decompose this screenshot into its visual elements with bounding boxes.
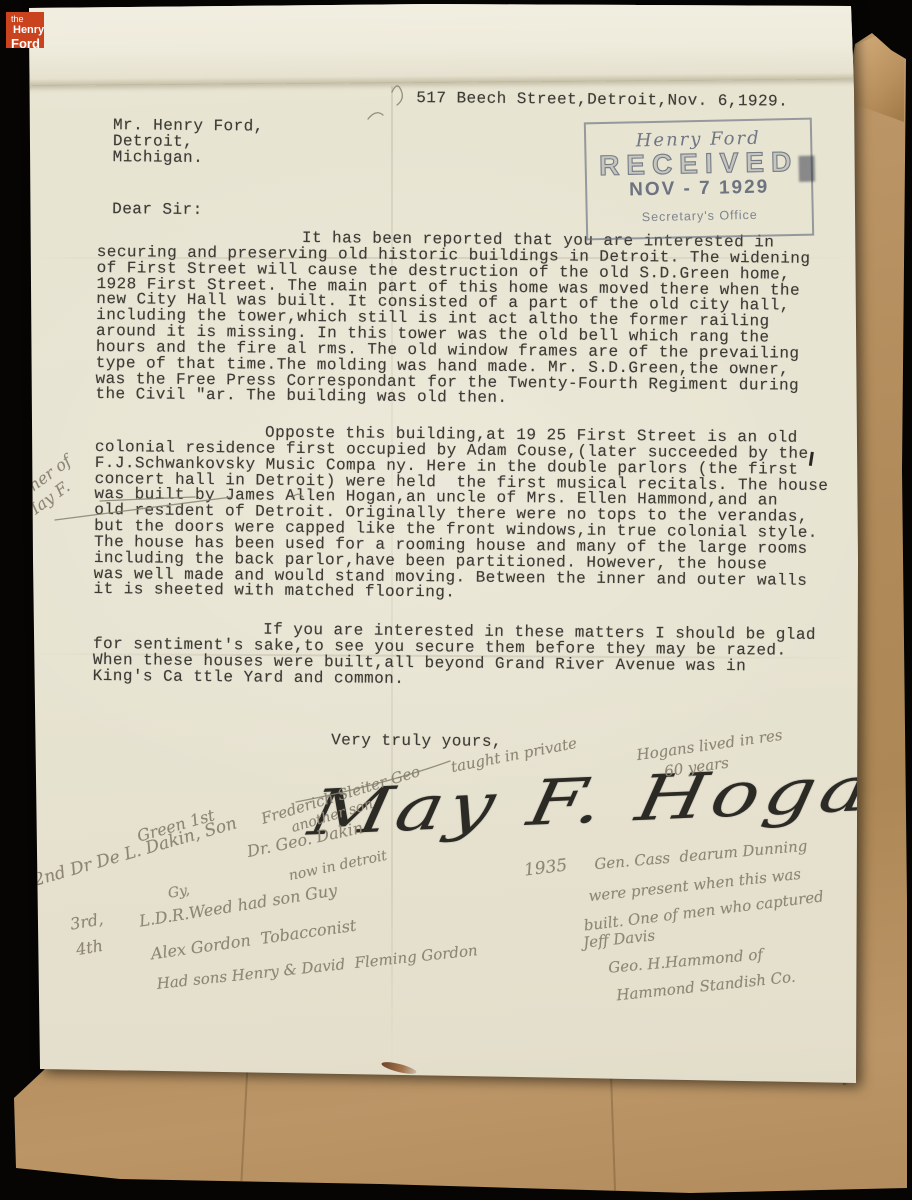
archival-photo: 517 Beech Street,Detroit,Nov. 6,1929. Mr… <box>0 0 912 1200</box>
letter-dateline: 517 Beech Street,Detroit,Nov. 6,1929. <box>416 91 788 110</box>
paragraph-1: It has been reported that you are intere… <box>95 229 877 411</box>
letter-paper-wrap: 517 Beech Street,Detroit,Nov. 6,1929. Mr… <box>0 0 912 1200</box>
letter-paper: 517 Beech Street,Detroit,Nov. 6,1929. Mr… <box>0 0 912 1200</box>
logo-word-henry: Henry <box>13 25 44 36</box>
wax-stain <box>386 1074 452 1122</box>
stamp-office: Secretary's Office <box>588 207 812 226</box>
paragraph-2: Opposte this building,at 19 25 First Str… <box>93 424 875 606</box>
address-line: Michigan. <box>113 150 264 167</box>
stamp-received-word: RECEIVED <box>586 148 811 181</box>
paragraph-3: If you are interested in these matters I… <box>93 621 874 692</box>
logo-word-the: the <box>11 15 44 24</box>
recipient-address: Mr. Henry Ford, Detroit, Michigan. <box>113 118 264 167</box>
closing-line: Very truly yours, <box>331 733 502 750</box>
salutation: Dear Sir: <box>112 202 203 219</box>
logo-word-ford: Ford <box>11 37 44 50</box>
received-stamp: Henry Ford RECEIVED NOV - 7 1929 Secreta… <box>584 118 814 241</box>
henry-ford-logo: the Henry Ford <box>6 12 44 48</box>
stamp-ink-blotch <box>799 156 816 182</box>
